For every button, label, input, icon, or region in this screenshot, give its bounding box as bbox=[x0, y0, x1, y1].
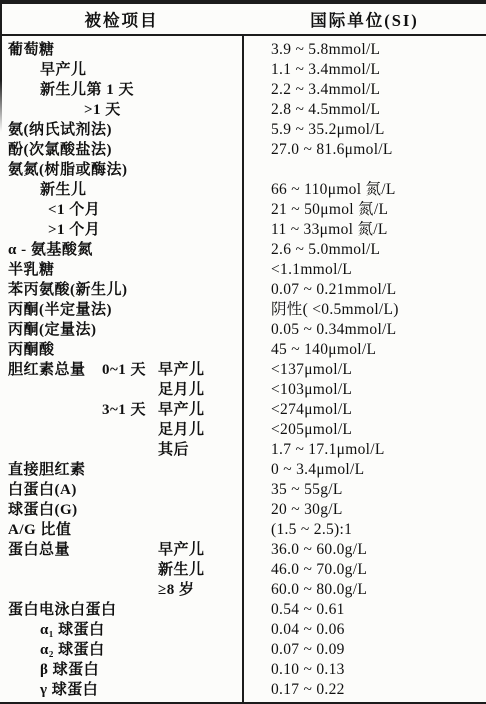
item-member-label: 早产儿 bbox=[158, 400, 205, 420]
value-cell: 0.17 ~ 0.22 bbox=[243, 680, 486, 700]
item-cell: 球蛋白(G) bbox=[0, 500, 243, 520]
value-cell: <1.1mmol/L bbox=[243, 260, 486, 280]
si-value: 21 ~ 50μmol 氮/L bbox=[271, 201, 388, 218]
value-cell: 35 ~ 55g/L bbox=[243, 480, 486, 500]
value-cell: 27.0 ~ 81.6μmol/L bbox=[243, 140, 486, 160]
item-cell: 氨氮(树脂或酶法) bbox=[0, 160, 243, 180]
item-label: 蛋白总量 bbox=[0, 540, 70, 560]
item-cell: 氨(纳氏试剂法) bbox=[0, 120, 243, 140]
item-label: >1 个月 bbox=[0, 220, 100, 240]
value-cell: 66 ~ 110μmol 氮/L bbox=[243, 180, 486, 200]
item-cell: γ 球蛋白 bbox=[0, 680, 243, 700]
item-label: >1 天 bbox=[0, 100, 121, 120]
value-cell: 2.2 ~ 3.4mmol/L bbox=[243, 80, 486, 100]
si-value: <205μmol/L bbox=[271, 421, 352, 438]
value-cell: 0.05 ~ 0.34mmol/L bbox=[243, 320, 486, 340]
item-member-label: 新生儿 bbox=[158, 560, 205, 580]
item-label: 蛋白电泳白蛋白 bbox=[0, 600, 117, 620]
item-member-label: 其后 bbox=[158, 440, 189, 460]
item-cell: 丙酮酸 bbox=[0, 340, 243, 360]
value-cell: 2.6 ~ 5.0mmol/L bbox=[243, 240, 486, 260]
si-value: 35 ~ 55g/L bbox=[271, 481, 343, 498]
si-value: 66 ~ 110μmol 氮/L bbox=[271, 181, 396, 198]
value-cell: 阴性( <0.5mmol/L) bbox=[243, 300, 486, 320]
item-label: 葡萄糖 bbox=[0, 40, 55, 60]
value-cell: 3.9 ~ 5.8mmol/L bbox=[243, 40, 486, 60]
item-group-label: 3~1 天 bbox=[102, 400, 146, 420]
item-label: 半乳糖 bbox=[0, 260, 55, 280]
header-cell-tested-item: 被检项目 bbox=[0, 4, 243, 34]
item-label: 氨氮(树脂或酶法) bbox=[0, 160, 128, 180]
item-label: 新生儿 bbox=[0, 180, 87, 200]
item-cell: 新生儿 bbox=[0, 560, 243, 580]
value-cell: 36.0 ~ 60.0g/L bbox=[243, 540, 486, 560]
item-cell: 蛋白总量 早产儿 bbox=[0, 540, 243, 560]
item-cell: 3~1 天 早产儿 bbox=[0, 400, 243, 420]
si-value: 0.54 ~ 0.61 bbox=[271, 601, 345, 618]
si-value: 20 ~ 30g/L bbox=[271, 501, 343, 518]
value-cell: 60.0 ~ 80.0g/L bbox=[243, 580, 486, 600]
item-label: <1 个月 bbox=[0, 200, 100, 220]
si-value: 0 ~ 3.4μmol/L bbox=[271, 461, 364, 478]
si-value: <137μmol/L bbox=[271, 361, 352, 378]
si-value: 0.17 ~ 0.22 bbox=[271, 681, 345, 698]
item-label: 氨(纳氏试剂法) bbox=[0, 120, 112, 140]
value-cell: 5.9 ~ 35.2μmol/L bbox=[243, 120, 486, 140]
value-cell: 0.07 ~ 0.21mmol/L bbox=[243, 280, 486, 300]
item-cell: 苯丙氨酸(新生儿) bbox=[0, 280, 243, 300]
item-cell: 足月儿 bbox=[0, 380, 243, 400]
value-cell: 45 ~ 140μmol/L bbox=[243, 340, 486, 360]
item-group-label: 0~1 天 bbox=[102, 360, 146, 380]
item-cell: 胆红素总量 0~1 天 早产儿 bbox=[0, 360, 243, 380]
scanned-reference-page: 被检项目 国际单位(SI) 葡萄糖 3.9 ~ 5.8mmol/L 早产儿 1.… bbox=[0, 0, 486, 704]
item-label: A/G 比值 bbox=[0, 520, 71, 540]
item-cell: 丙酮(定量法) bbox=[0, 320, 243, 340]
item-cell: >1 天 bbox=[0, 100, 243, 120]
value-cell bbox=[243, 160, 486, 180]
item-cell: >1 个月 bbox=[0, 220, 243, 240]
item-label: 丙酮(半定量法) bbox=[0, 300, 112, 320]
item-cell: 半乳糖 bbox=[0, 260, 243, 280]
item-cell: ≥8 岁 bbox=[0, 580, 243, 600]
item-label: γ 球蛋白 bbox=[0, 680, 98, 700]
value-cell: 21 ~ 50μmol 氮/L bbox=[243, 200, 486, 220]
si-value: 1.7 ~ 17.1μmol/L bbox=[271, 441, 385, 458]
item-label: 新生儿第 1 天 bbox=[0, 80, 134, 100]
si-value: <1.1mmol/L bbox=[271, 261, 352, 278]
si-value: 0.10 ~ 0.13 bbox=[271, 661, 345, 678]
item-label: 白蛋白(A) bbox=[0, 480, 77, 500]
value-cell: <103μmol/L bbox=[243, 380, 486, 400]
item-label: α - 氨基酸氮 bbox=[0, 240, 93, 260]
value-cell: 0.07 ~ 0.09 bbox=[243, 640, 486, 660]
value-cell: 1.7 ~ 17.1μmol/L bbox=[243, 440, 486, 460]
si-value: <274μmol/L bbox=[271, 401, 352, 418]
value-cell: 11 ~ 33μmol 氮/L bbox=[243, 220, 486, 240]
si-value: 阴性( <0.5mmol/L) bbox=[271, 301, 399, 318]
item-member-label: 足月儿 bbox=[158, 380, 205, 400]
value-cell: <205μmol/L bbox=[243, 420, 486, 440]
item-label: 丙酮酸 bbox=[0, 340, 55, 360]
item-member-label: 早产儿 bbox=[158, 540, 205, 560]
item-cell: 白蛋白(A) bbox=[0, 480, 243, 500]
value-cell: <137μmol/L bbox=[243, 360, 486, 380]
item-member-label: ≥8 岁 bbox=[158, 580, 194, 600]
si-value: 60.0 ~ 80.0g/L bbox=[271, 581, 367, 598]
item-cell: β 球蛋白 bbox=[0, 660, 243, 680]
si-value: 27.0 ~ 81.6μmol/L bbox=[271, 141, 393, 158]
item-label: 胆红素总量 bbox=[0, 360, 86, 380]
si-value: 0.05 ~ 0.34mmol/L bbox=[271, 321, 396, 338]
item-cell: 葡萄糖 bbox=[0, 40, 243, 60]
si-value: <103μmol/L bbox=[271, 381, 352, 398]
item-label: α₂ 球蛋白 bbox=[0, 640, 105, 660]
item-label: 直接胆红素 bbox=[0, 460, 86, 480]
item-cell: 蛋白电泳白蛋白 bbox=[0, 600, 243, 620]
si-value: 0.07 ~ 0.09 bbox=[271, 641, 345, 658]
value-cell: 0.54 ~ 0.61 bbox=[243, 600, 486, 620]
value-cell: 46.0 ~ 70.0g/L bbox=[243, 560, 486, 580]
si-value: 2.2 ~ 3.4mmol/L bbox=[271, 81, 380, 98]
item-label: β 球蛋白 bbox=[0, 660, 99, 680]
value-cell: (1.5 ~ 2.5):1 bbox=[243, 520, 486, 540]
si-value: 0.04 ~ 0.06 bbox=[271, 621, 345, 638]
si-value: 2.8 ~ 4.5mmol/L bbox=[271, 101, 380, 118]
value-cell: 0.10 ~ 0.13 bbox=[243, 660, 486, 680]
item-label: 球蛋白(G) bbox=[0, 500, 78, 520]
item-label: 酚(次氯酸盐法) bbox=[0, 140, 112, 160]
item-cell: 丙酮(半定量法) bbox=[0, 300, 243, 320]
si-value: 11 ~ 33μmol 氮/L bbox=[271, 221, 388, 238]
item-label: 苯丙氨酸(新生儿) bbox=[0, 280, 128, 300]
item-cell: α₁ 球蛋白 bbox=[0, 620, 243, 640]
table-header-row: 被检项目 国际单位(SI) bbox=[0, 4, 486, 36]
value-cell: 1.1 ~ 3.4mmol/L bbox=[243, 60, 486, 80]
value-cell: 2.8 ~ 4.5mmol/L bbox=[243, 100, 486, 120]
si-value: 46.0 ~ 70.0g/L bbox=[271, 561, 367, 578]
item-label: α₁ 球蛋白 bbox=[0, 620, 105, 640]
si-value: 0.07 ~ 0.21mmol/L bbox=[271, 281, 396, 298]
value-cell: <274μmol/L bbox=[243, 400, 486, 420]
si-value: 45 ~ 140μmol/L bbox=[271, 341, 376, 358]
item-member-label: 早产儿 bbox=[158, 360, 205, 380]
value-cell: 20 ~ 30g/L bbox=[243, 500, 486, 520]
item-cell: 直接胆红素 bbox=[0, 460, 243, 480]
item-cell: 早产儿 bbox=[0, 60, 243, 80]
si-value: 5.9 ~ 35.2μmol/L bbox=[271, 121, 385, 138]
item-member-label: 足月儿 bbox=[158, 420, 205, 440]
item-cell: α - 氨基酸氮 bbox=[0, 240, 243, 260]
item-cell: 酚(次氯酸盐法) bbox=[0, 140, 243, 160]
si-value: 36.0 ~ 60.0g/L bbox=[271, 541, 367, 558]
lab-reference-table: 被检项目 国际单位(SI) 葡萄糖 3.9 ~ 5.8mmol/L 早产儿 1.… bbox=[0, 0, 486, 704]
table-body: 葡萄糖 3.9 ~ 5.8mmol/L 早产儿 1.1 ~ 3.4mmol/L … bbox=[0, 36, 486, 702]
item-label: 丙酮(定量法) bbox=[0, 320, 97, 340]
item-cell: 新生儿第 1 天 bbox=[0, 80, 243, 100]
item-cell: <1 个月 bbox=[0, 200, 243, 220]
item-cell: 新生儿 bbox=[0, 180, 243, 200]
value-cell: 0.04 ~ 0.06 bbox=[243, 620, 486, 640]
item-cell: 足月儿 bbox=[0, 420, 243, 440]
item-cell: 其后 bbox=[0, 440, 243, 460]
si-value: 2.6 ~ 5.0mmol/L bbox=[271, 241, 380, 258]
item-cell: A/G 比值 bbox=[0, 520, 243, 540]
si-value: (1.5 ~ 2.5):1 bbox=[271, 521, 352, 538]
item-label: 早产儿 bbox=[0, 60, 87, 80]
si-value: 1.1 ~ 3.4mmol/L bbox=[271, 61, 380, 78]
si-value: 3.9 ~ 5.8mmol/L bbox=[271, 41, 380, 58]
item-cell: α₂ 球蛋白 bbox=[0, 640, 243, 660]
header-cell-si-unit: 国际单位(SI) bbox=[243, 4, 486, 34]
value-cell: 0 ~ 3.4μmol/L bbox=[243, 460, 486, 480]
